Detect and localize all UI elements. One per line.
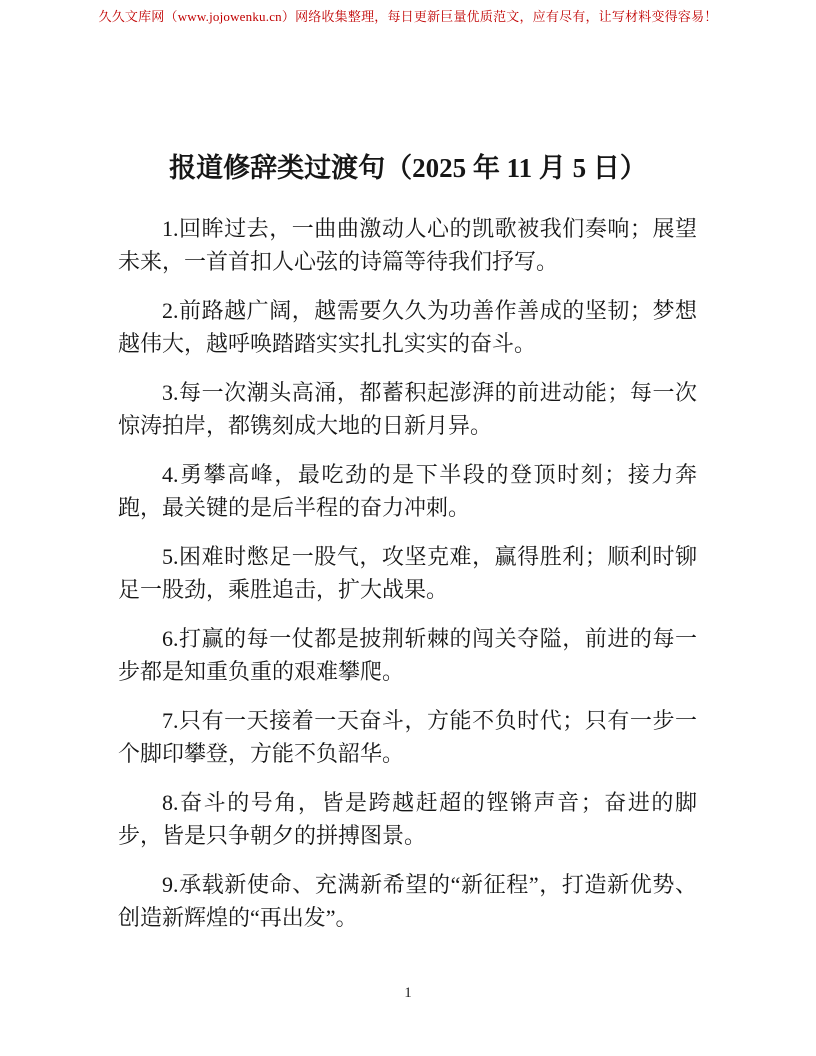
- document-body: 1.回眸过去，一曲曲激动人心的凯歌被我们奏响；展望未来，一首首扣人心弦的诗篇等待…: [118, 212, 697, 934]
- paragraph: 6.打赢的每一仗都是披荆斩棘的闯关夺隘，前进的每一步都是知重负重的艰难攀爬。: [118, 622, 697, 688]
- paragraph: 5.困难时憋足一股气，攻坚克难，赢得胜利；顺利时铆足一股劲，乘胜追击，扩大战果。: [118, 540, 697, 606]
- paragraph: 7.只有一天接着一天奋斗，方能不负时代；只有一步一个脚印攀登，方能不负韶华。: [118, 704, 697, 770]
- page-header: 久久文库网（www.jojowenku.cn）网络收集整理，每日更新巨量优质范文…: [0, 0, 816, 25]
- page-number: 1: [0, 984, 816, 1002]
- paragraph: 9.承载新使命、充满新希望的“新征程”，打造新优势、创造新辉煌的“再出发”。: [118, 868, 697, 934]
- paragraph: 4.勇攀高峰，最吃劲的是下半段的登顶时刻；接力奔跑，最关键的是后半程的奋力冲刺。: [118, 458, 697, 524]
- paragraph: 1.回眸过去，一曲曲激动人心的凯歌被我们奏响；展望未来，一首首扣人心弦的诗篇等待…: [118, 212, 697, 278]
- document-page: 久久文库网（www.jojowenku.cn）网络收集整理，每日更新巨量优质范文…: [0, 0, 816, 1056]
- paragraph: 3.每一次潮头高涌，都蓄积起澎湃的前进动能；每一次惊涛拍岸，都镌刻成大地的日新月…: [118, 376, 697, 442]
- paragraph: 2.前路越广阔，越需要久久为功善作善成的坚韧；梦想越伟大，越呼唤踏踏实实扎扎实实…: [118, 294, 697, 360]
- page-title: 报道修辞类过渡句（2025 年 11 月 5 日）: [118, 151, 698, 185]
- paragraph: 8.奋斗的号角，皆是跨越赶超的铿锵声音；奋进的脚步，皆是只争朝夕的拼搏图景。: [118, 786, 697, 852]
